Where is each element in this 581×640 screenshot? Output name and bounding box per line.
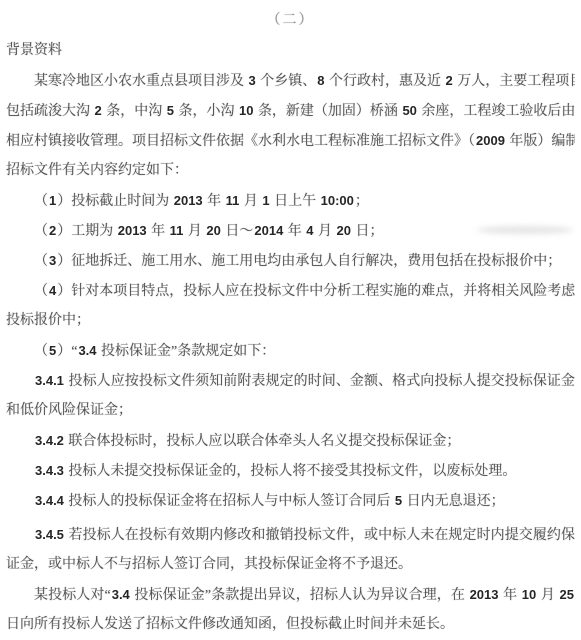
section-number: （二） bbox=[6, 6, 575, 36]
doc-line-clause-2: （2）工期为 2013 年 11 月 20 日～2014 年 4 月 20 日； bbox=[6, 216, 575, 246]
doc-line-clause-3-4-4: 3.4.4 投标人的投标保证金将在招标人与中标人签订合同后 5 日内无息退还； bbox=[6, 486, 575, 516]
doc-line-clause-4b: 投标报价中； bbox=[6, 306, 575, 336]
doc-line-intro-2: 包括疏浚大沟 2 条，中沟 5 条，小沟 10 条，新建（加固）桥涵 50 余座… bbox=[6, 96, 575, 126]
doc-line-clause-3-4-5a: 3.4.5 若投标人在投标有效期内修改和撤销投标文件，或中标人未在规定时内提交履… bbox=[6, 520, 575, 550]
doc-line-clause-3-4-1b: 和低价风险保证金； bbox=[6, 396, 575, 426]
doc-line-intro-3: 相应村镇接收管理。项目招标文件依据《水利水电工程标准施工招标文件》（2009 年… bbox=[6, 126, 575, 156]
doc-line-clause-3-4-5b: 证金，或中标人不与招标人签订合同，其投标保证金将不予退还。 bbox=[6, 550, 575, 580]
doc-line-closing-1: 某投标人对“3.4 投标保证金”条款提出异议，招标人认为异议合理，在 2013 … bbox=[6, 580, 575, 610]
background-heading: 背景资料 bbox=[6, 36, 575, 66]
doc-line-clause-3: （3）征地拆迁、施工用水、施工用电均由承包人自行解决，费用包括在投标报价中； bbox=[6, 246, 575, 276]
doc-line-clause-5: （5）“3.4 投标保证金”条款规定如下： bbox=[6, 336, 575, 366]
doc-line-clause-3-4-1a: 3.4.1 投标人应按投标文件须知前附表规定的时间、金额、格式向投标人提交投标保… bbox=[6, 366, 575, 396]
doc-line-clause-3-4-3: 3.4.3 投标人未提交投标保证金的，投标人将不接受其投标文件，以废标处理。 bbox=[6, 456, 575, 486]
doc-line-clause-1: （1）投标截止时间为 2013 年 11 月 1 日上午 10:00； bbox=[6, 186, 575, 216]
doc-line-clause-3-4-2: 3.4.2 联合体投标时，投标人应以联合体牵头人名义提交投标保证金； bbox=[6, 426, 575, 456]
doc-line-clause-4a: （4）针对本项目特点，投标人应在投标文件中分析工程实施的难点，并将相关风险考虑在 bbox=[6, 276, 575, 306]
doc-line-intro-4: 招标文件有关内容约定如下： bbox=[6, 156, 575, 186]
doc-line-closing-2: 日向所有投标人发送了招标文件修改通知函，但投标截止时间并未延长。 bbox=[6, 610, 575, 640]
doc-line-intro-1: 某寒冷地区小农水重点县项目涉及 3 个乡镇、8 个行政村，惠及近 2 万人，主要… bbox=[6, 66, 575, 96]
scanned-document-page: （二） 背景资料 某寒冷地区小农水重点县项目涉及 3 个乡镇、8 个行政村，惠及… bbox=[0, 0, 581, 640]
